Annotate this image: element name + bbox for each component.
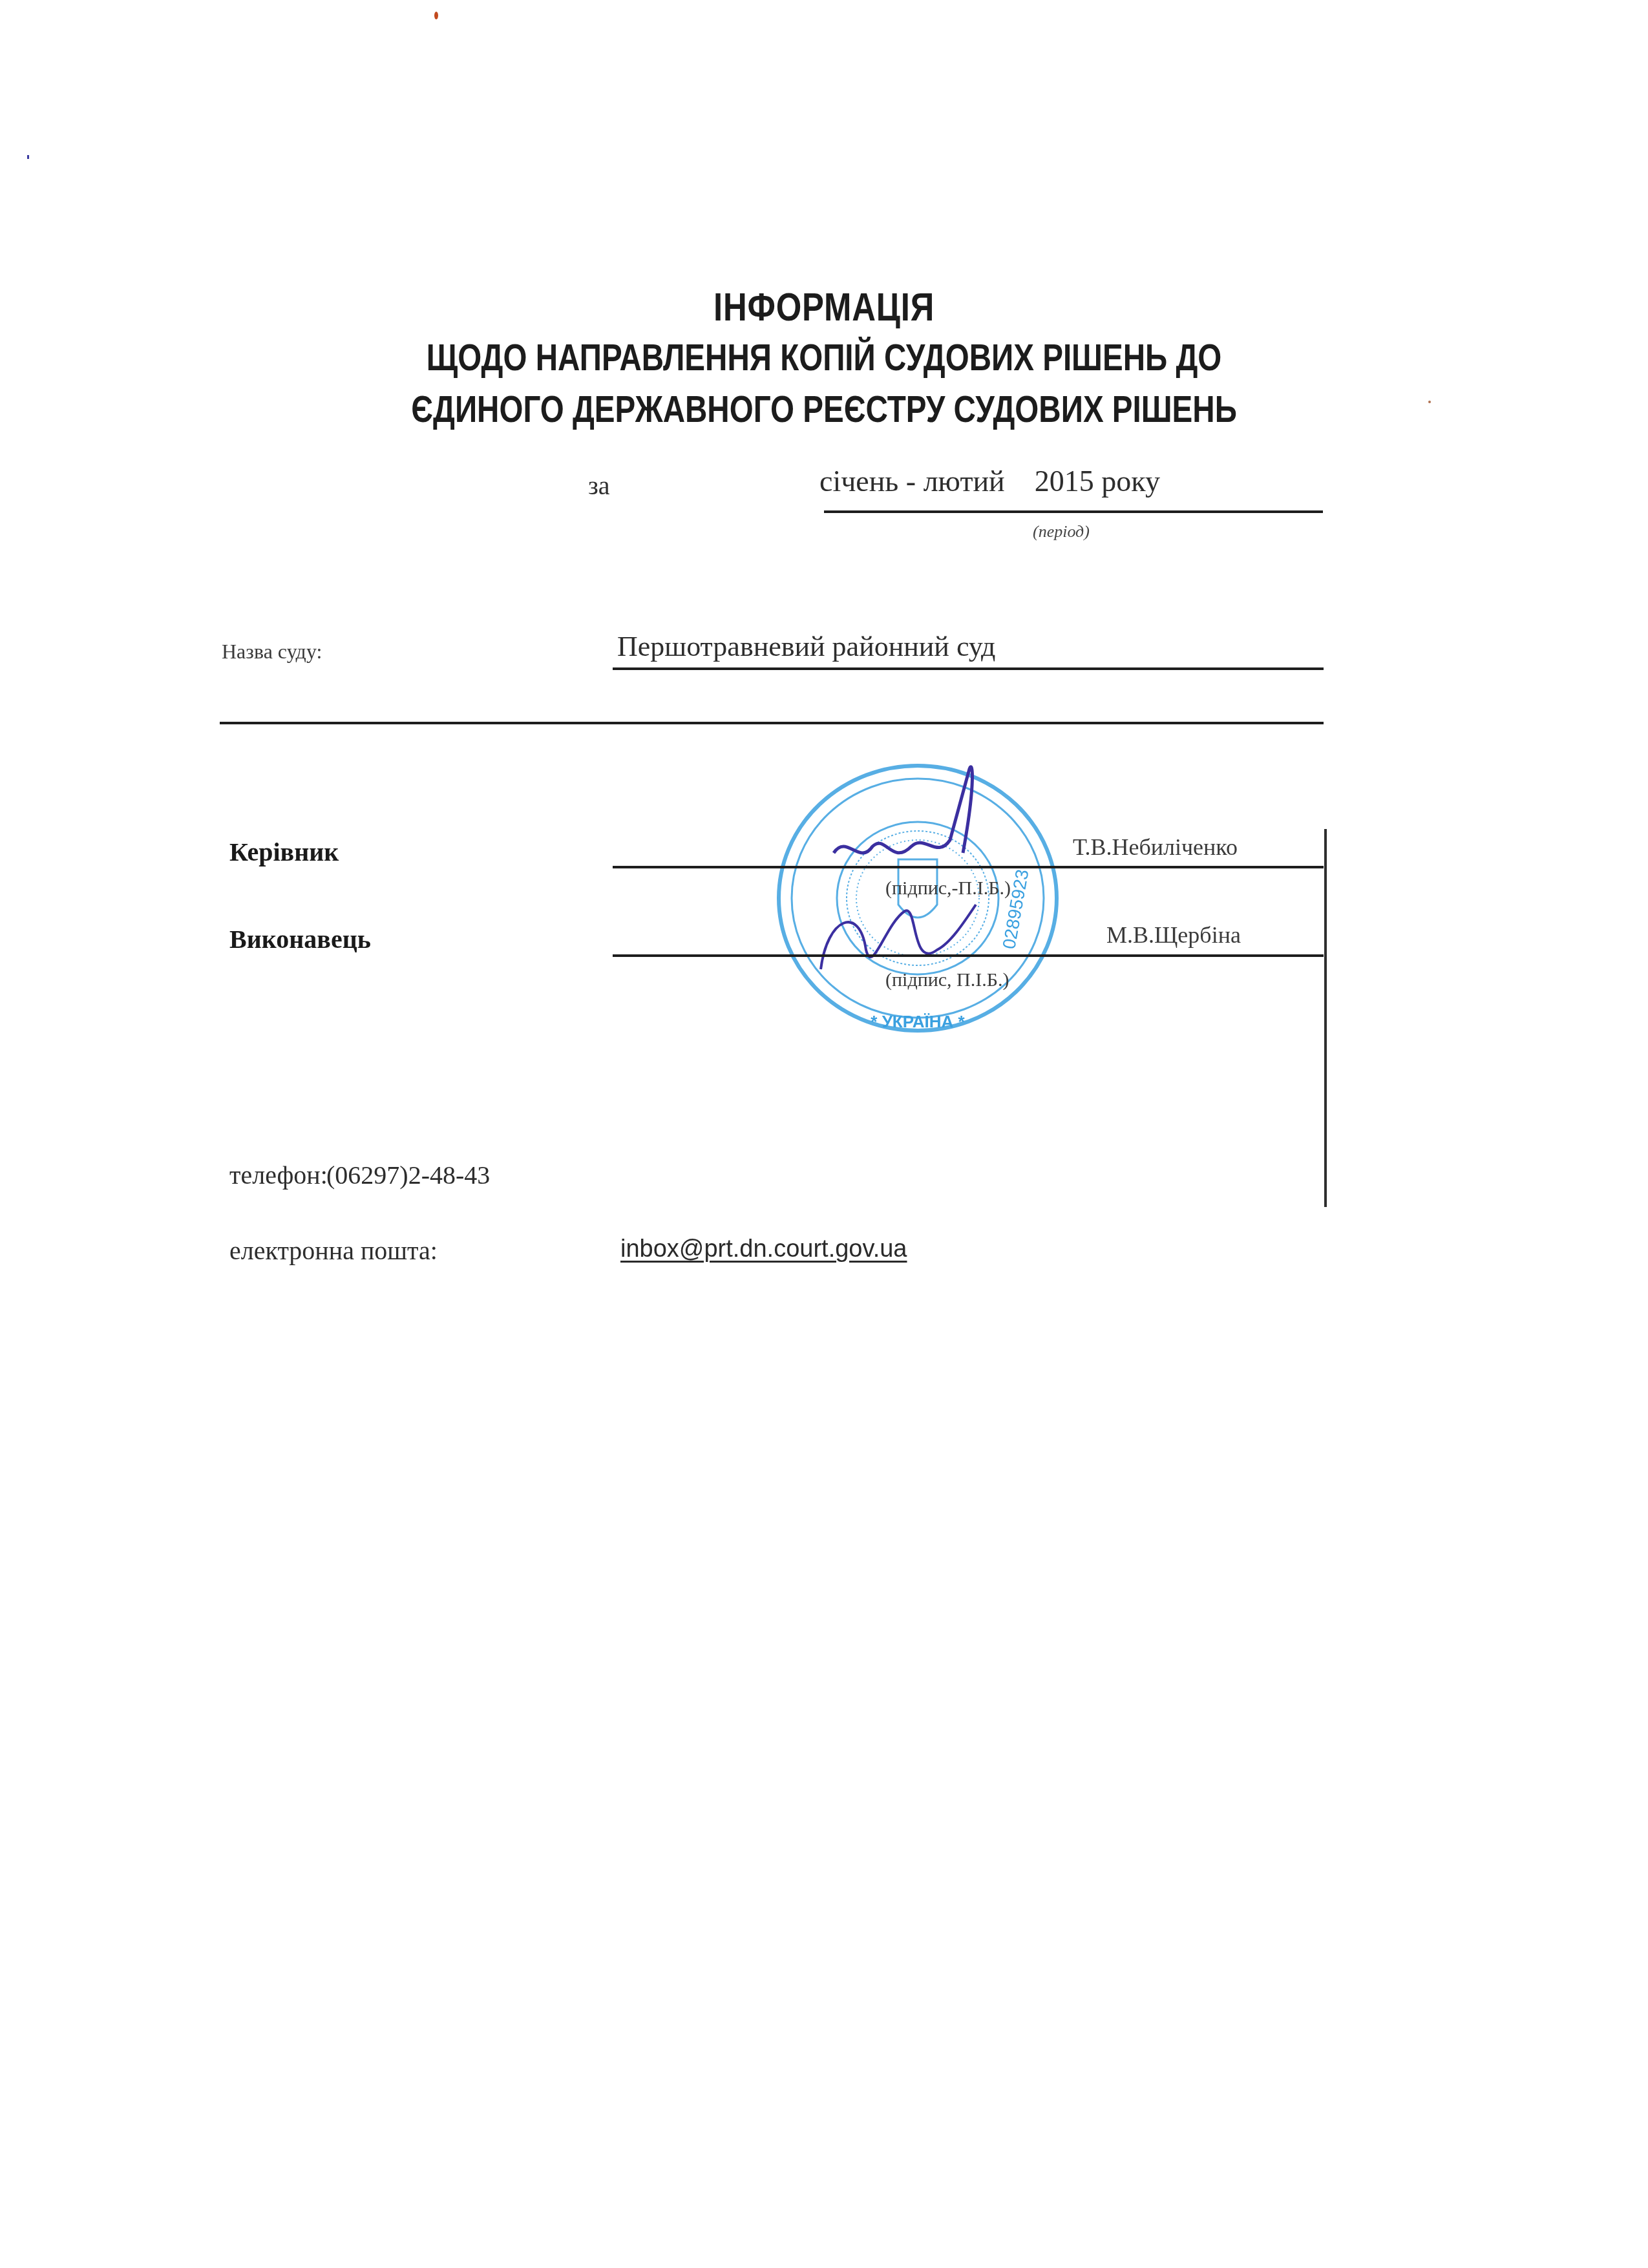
signature-name-executor: М.В.Щербіна <box>1106 921 1241 949</box>
signature-name-head: Т.В.Небиліченко <box>1073 834 1238 861</box>
scan-speck <box>434 12 438 19</box>
vertical-border <box>1324 829 1327 1207</box>
period-underline <box>824 510 1323 513</box>
document-title: ІНФОРМАЦІЯ <box>149 284 1500 330</box>
document-subtitle-line2: ЄДИНОГО ДЕРЖАВНОГО РЕЄСТРУ СУДОВИХ РІШЕН… <box>149 388 1500 431</box>
signature-caption-executor: (підпис, П.І.Б.) <box>885 969 1009 991</box>
court-name: Першотравневий районний суд <box>617 630 995 663</box>
period-value: січень - лютий 2015 року <box>819 464 1160 498</box>
court-underline <box>613 667 1324 670</box>
scan-speck <box>27 155 29 159</box>
signature-line-head <box>613 866 1324 868</box>
document-subtitle-line1: ЩОДО НАПРАВЛЕННЯ КОПІЙ СУДОВИХ РІШЕНЬ ДО <box>149 336 1500 379</box>
period-caption: (період) <box>1033 522 1090 541</box>
signature-role-head: Керівник <box>229 837 339 867</box>
signature-role-executor: Виконавець <box>229 924 371 954</box>
court-label: Назва суду: <box>222 640 322 664</box>
email-label: електронна пошта: <box>229 1235 438 1266</box>
period-prefix: за <box>588 470 610 501</box>
email-link[interactable]: inbox@prt.dn.court.gov.ua <box>620 1235 907 1263</box>
signature-line-executor <box>613 954 1324 957</box>
svg-text:* УКРАЇНА *: * УКРАЇНА * <box>871 1012 965 1031</box>
court-second-line <box>220 722 1324 724</box>
signature-caption-head: (підпис,-П.І.Б.) <box>885 877 1011 899</box>
phone-label: телефон: <box>229 1160 328 1190</box>
phone-value: (06297)2-48-43 <box>326 1160 490 1190</box>
